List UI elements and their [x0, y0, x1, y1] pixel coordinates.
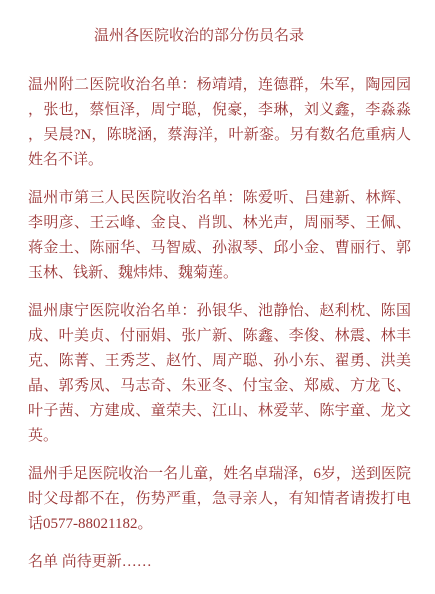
- paragraph-update-pending-note: 名单 尚待更新……: [28, 550, 411, 575]
- paragraph-affiliated-second-hospital-list: 温州附二医院收治名单：杨靖靖，连德群，朱军，陶园园，张也，蔡恒泽，周宁聪，倪豪，…: [28, 73, 411, 173]
- paragraph-third-peoples-hospital-list: 温州市第三人民医院收治名单：陈爱听、吕建新、林辉、李明彦、王云峰、金良、肖凯、林…: [28, 186, 411, 286]
- document-page: 温州各医院收治的部分伤员名录 温州附二医院收治名单：杨靖靖，连德群，朱军，陶园园…: [0, 0, 435, 594]
- paragraph-shouzu-hospital-child-notice: 温州手足医院收治一名儿童，姓名卓瑞泽，6岁，送到医院时父母都不在，伤势严重，急寻…: [28, 462, 411, 537]
- page-title: 温州各医院收治的部分伤员名录: [94, 24, 411, 49]
- paragraph-kangning-hospital-list: 温州康宁医院收治名单：孙银华、池静怡、赵利枕、陈国成、叶美贞、付丽娟、张广新、陈…: [28, 299, 411, 449]
